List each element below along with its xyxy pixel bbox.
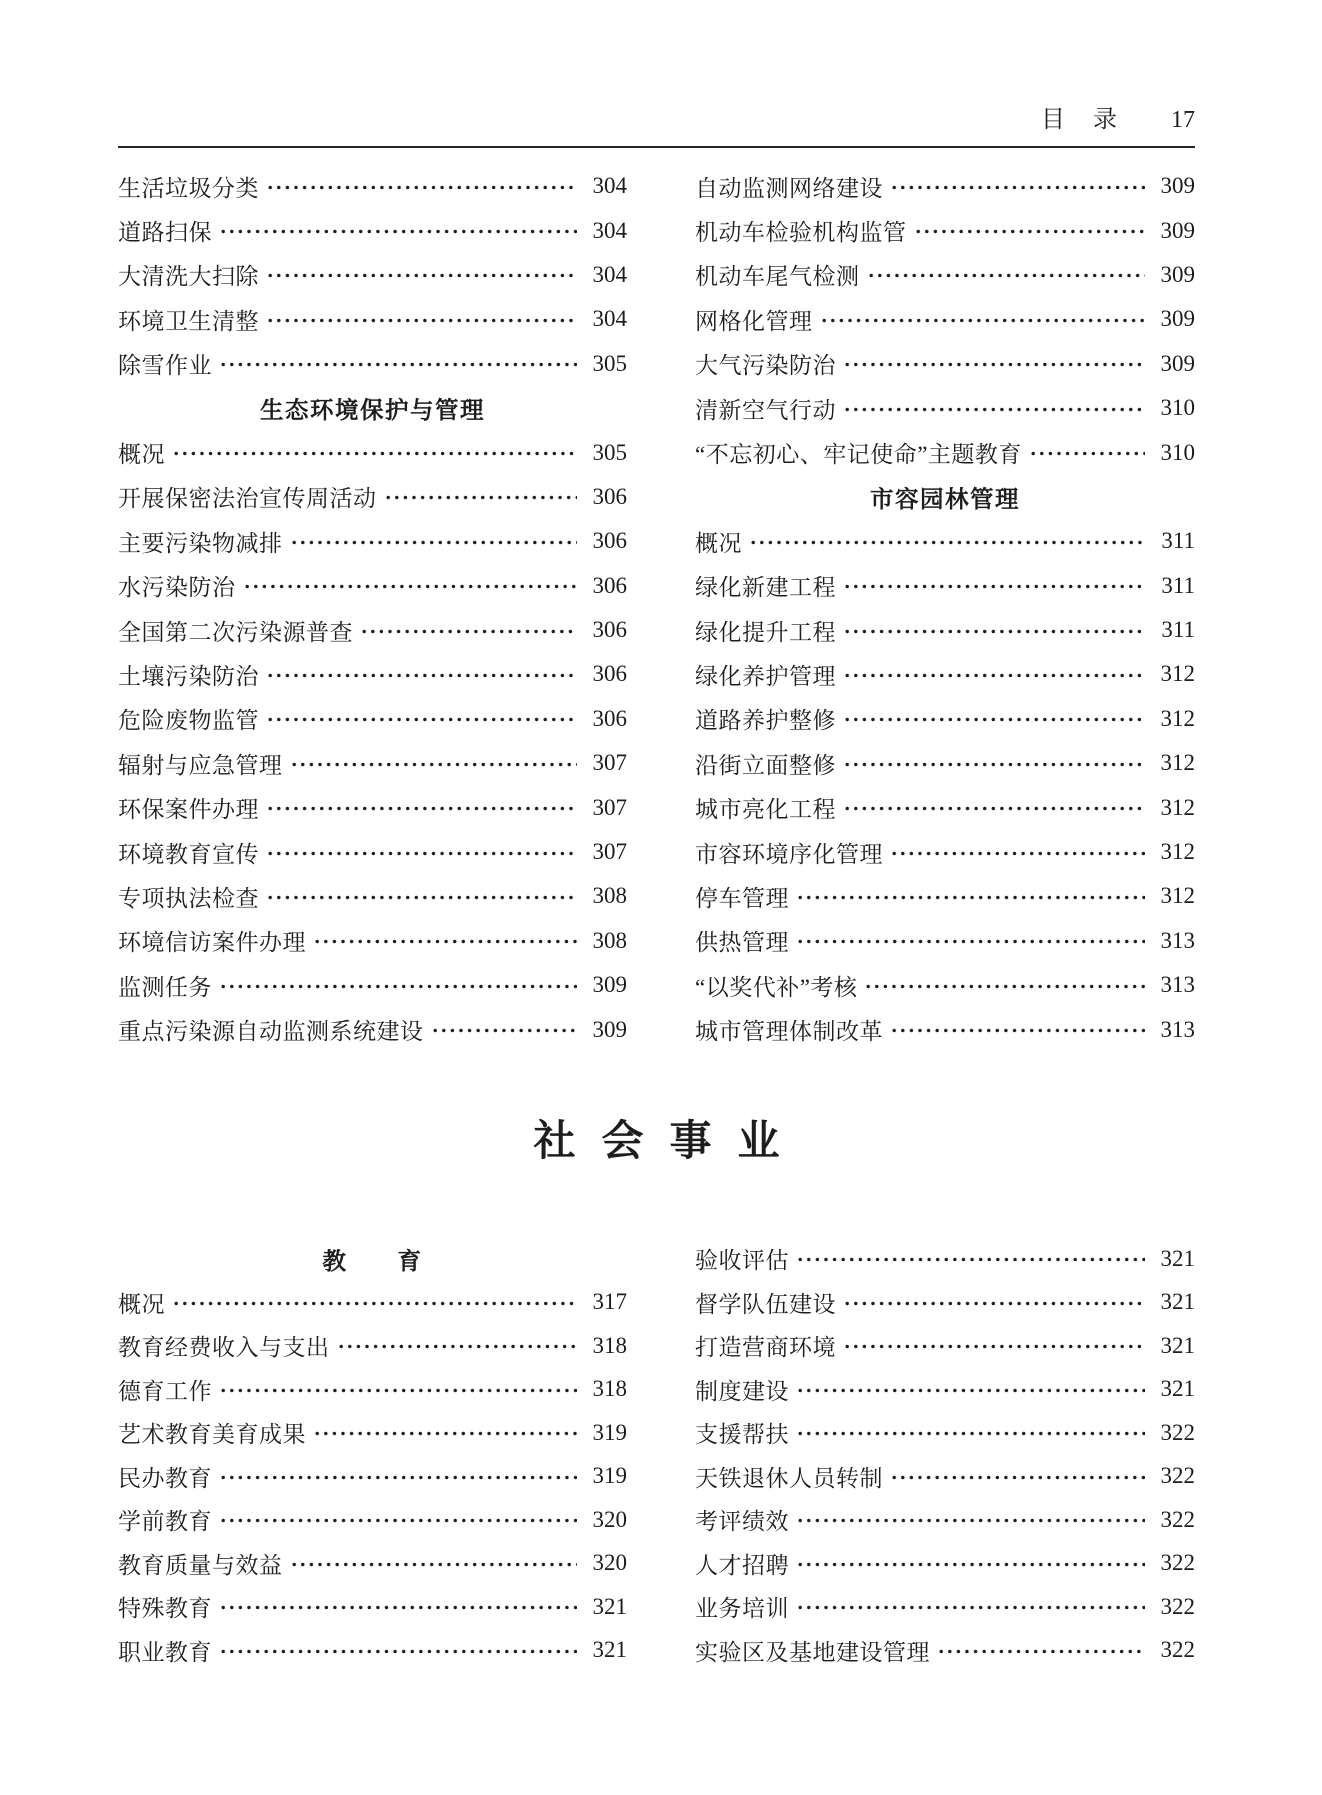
toc-entry: 停车管理312 — [695, 874, 1195, 918]
entry-page-number: 321 — [1155, 1376, 1195, 1402]
entry-page-number: 305 — [587, 351, 627, 377]
entry-title: 验收评估 — [695, 1242, 789, 1275]
entry-page-number: 310 — [1155, 395, 1195, 421]
toc-entry: 主要污染物减排306 — [118, 519, 627, 563]
dot-leader — [892, 851, 1145, 856]
dot-leader — [798, 1388, 1145, 1393]
entry-title: 德育工作 — [118, 1373, 212, 1406]
entry-title: 职业教育 — [118, 1634, 212, 1667]
entry-title: 开展保密法治宣传周活动 — [118, 480, 377, 513]
toc-entry: 大清洗大扫除304 — [118, 253, 627, 297]
dot-leader — [433, 1028, 578, 1033]
toc-entry: 道路养护整修312 — [695, 697, 1195, 741]
dot-leader — [221, 1388, 577, 1393]
toc-entry: 专项执法检查308 — [118, 874, 627, 918]
dot-leader — [268, 673, 577, 678]
dot-leader — [268, 806, 577, 811]
entry-title: 机动车尾气检测 — [695, 258, 860, 291]
toc-top-section: 生活垃圾分类304道路扫保304大清洗大扫除304环境卫生清整304除雪作业30… — [118, 164, 1195, 1052]
dot-leader — [845, 407, 1145, 412]
entry-title: 督学队伍建设 — [695, 1286, 836, 1319]
entry-page-number: 311 — [1155, 573, 1195, 599]
toc-entry: “以奖代补”考核313 — [695, 963, 1195, 1007]
entry-title: 危险废物监管 — [118, 702, 259, 735]
dot-leader — [798, 1605, 1145, 1610]
entry-title: 机动车检验机构监管 — [695, 214, 907, 247]
entry-page-number: 312 — [1155, 661, 1195, 687]
section-heading-label: 市容园林管理 — [870, 480, 1020, 514]
dot-leader — [866, 984, 1145, 989]
entry-page-number: 306 — [587, 573, 627, 599]
dot-leader — [268, 185, 577, 190]
entry-page-number: 307 — [587, 750, 627, 776]
entry-page-number: 304 — [587, 262, 627, 288]
dot-leader — [315, 1431, 577, 1436]
dot-leader — [221, 1475, 577, 1480]
entry-page-number: 309 — [587, 972, 627, 998]
toc-entry: 水污染防治306 — [118, 564, 627, 608]
dot-leader — [339, 1344, 578, 1349]
toc-entry: 绿化新建工程311 — [695, 564, 1195, 608]
entry-page-number: 308 — [587, 928, 627, 954]
section-heading: 生态环境保护与管理 — [118, 386, 627, 430]
entry-page-number: 308 — [587, 883, 627, 909]
page-header: 目 录 17 — [118, 0, 1195, 148]
dot-leader — [362, 629, 577, 634]
entry-page-number: 311 — [1155, 617, 1195, 643]
toc-entry: 危险废物监管306 — [118, 697, 627, 741]
entry-page-number: 322 — [1155, 1420, 1195, 1446]
dot-leader — [845, 762, 1145, 767]
toc-entry: 天铁退休人员转制322 — [695, 1454, 1195, 1498]
toc-entry: 督学队伍建设321 — [695, 1280, 1195, 1324]
entry-title: 清新空气行动 — [695, 392, 836, 425]
dot-leader — [845, 806, 1145, 811]
toc-entry: 验收评估321 — [695, 1237, 1195, 1281]
entry-title: 大清洗大扫除 — [118, 258, 259, 291]
page-number: 17 — [1171, 107, 1195, 134]
entry-title: 全国第二次污染源普查 — [118, 614, 353, 647]
entry-title: 教育质量与效益 — [118, 1547, 283, 1580]
entry-page-number: 309 — [1155, 262, 1195, 288]
toc-entry: 艺术教育美育成果319 — [118, 1411, 627, 1455]
toc-column-bottom-left: 教 育概况317教育经费收入与支出318德育工作318艺术教育美育成果319民办… — [118, 1237, 627, 1672]
section-heading-label: 教 育 — [323, 1242, 423, 1276]
toc-column-top-left: 生活垃圾分类304道路扫保304大清洗大扫除304环境卫生清整304除雪作业30… — [118, 164, 627, 1052]
toc-entry: 网格化管理309 — [695, 297, 1195, 341]
entry-page-number: 309 — [587, 1017, 627, 1043]
entry-page-number: 322 — [1155, 1463, 1195, 1489]
toc-entry: 自动监测网络建设309 — [695, 164, 1195, 208]
entry-title: 辐射与应急管理 — [118, 747, 283, 780]
toc-entry: 城市亮化工程312 — [695, 785, 1195, 829]
entry-title: 绿化养护管理 — [695, 658, 836, 691]
dot-leader — [845, 584, 1145, 589]
dot-leader — [221, 1605, 577, 1610]
toc-entry: 支援帮扶322 — [695, 1411, 1195, 1455]
entry-title: 学前教育 — [118, 1503, 212, 1536]
entry-title: 艺术教育美育成果 — [118, 1416, 306, 1449]
entry-title: 主要污染物减排 — [118, 525, 283, 558]
page-content: 目 录 17 生活垃圾分类304道路扫保304大清洗大扫除304环境卫生清整30… — [118, 0, 1195, 1672]
entry-title: 绿化提升工程 — [695, 614, 836, 647]
entry-title: 环境卫生清整 — [118, 303, 259, 336]
dot-leader — [798, 1431, 1145, 1436]
entry-title: 天铁退休人员转制 — [695, 1460, 883, 1493]
entry-page-number: 305 — [587, 440, 627, 466]
entry-page-number: 309 — [1155, 351, 1195, 377]
entry-page-number: 321 — [587, 1594, 627, 1620]
entry-page-number: 306 — [587, 484, 627, 510]
toc-entry: 开展保密法治宣传周活动306 — [118, 475, 627, 519]
dot-leader — [892, 185, 1145, 190]
entry-title: 大气污染防治 — [695, 347, 836, 380]
dot-leader — [1031, 451, 1145, 456]
dot-leader — [845, 1344, 1145, 1349]
toc-bottom-section: 教 育概况317教育经费收入与支出318德育工作318艺术教育美育成果319民办… — [118, 1237, 1195, 1672]
toc-entry: 环保案件办理307 — [118, 785, 627, 829]
entry-title: 环境教育宣传 — [118, 836, 259, 869]
dot-leader — [221, 984, 577, 989]
entry-page-number: 309 — [1155, 173, 1195, 199]
entry-title: 自动监测网络建设 — [695, 170, 883, 203]
part-title: 社会事业 — [118, 1112, 1195, 1172]
dot-leader — [268, 717, 577, 722]
dot-leader — [822, 318, 1146, 323]
dot-leader — [174, 1301, 577, 1306]
entry-page-number: 321 — [1155, 1289, 1195, 1315]
toc-entry: 概况317 — [118, 1280, 627, 1324]
toc-entry: 绿化养护管理312 — [695, 652, 1195, 696]
dot-leader — [845, 362, 1145, 367]
dot-leader — [268, 851, 577, 856]
toc-entry: 机动车检验机构监管309 — [695, 208, 1195, 252]
toc-entry: 制度建设321 — [695, 1367, 1195, 1411]
entry-title: 环保案件办理 — [118, 791, 259, 824]
entry-title: 人才招聘 — [695, 1547, 789, 1580]
entry-title: 支援帮扶 — [695, 1416, 789, 1449]
toc-entry: 德育工作318 — [118, 1367, 627, 1411]
dot-leader — [315, 939, 577, 944]
entry-page-number: 307 — [587, 795, 627, 821]
toc-entry: 大气污染防治309 — [695, 342, 1195, 386]
entry-page-number: 317 — [587, 1289, 627, 1315]
entry-title: “以奖代补”考核 — [695, 969, 857, 1002]
entry-page-number: 313 — [1155, 1017, 1195, 1043]
toc-entry: 业务培训322 — [695, 1585, 1195, 1629]
entry-page-number: 321 — [1155, 1333, 1195, 1359]
entry-title: 教育经费收入与支出 — [118, 1329, 330, 1362]
toc-entry: 除雪作业305 — [118, 342, 627, 386]
toc-entry: 民办教育319 — [118, 1454, 627, 1498]
entry-title: 市容环境序化管理 — [695, 836, 883, 869]
entry-page-number: 312 — [1155, 706, 1195, 732]
toc-entry: 辐射与应急管理307 — [118, 741, 627, 785]
toc-entry: 学前教育320 — [118, 1498, 627, 1542]
entry-page-number: 312 — [1155, 883, 1195, 909]
entry-title: 生活垃圾分类 — [118, 170, 259, 203]
entry-page-number: 322 — [1155, 1507, 1195, 1533]
entry-page-number: 304 — [587, 173, 627, 199]
toc-entry: 供热管理313 — [695, 919, 1195, 963]
section-heading: 教 育 — [118, 1237, 627, 1281]
entry-title: 制度建设 — [695, 1373, 789, 1406]
entry-page-number: 309 — [1155, 306, 1195, 332]
entry-title: 环境信访案件办理 — [118, 924, 306, 957]
entry-page-number: 310 — [1155, 440, 1195, 466]
entry-page-number: 307 — [587, 839, 627, 865]
toc-entry: 道路扫保304 — [118, 208, 627, 252]
dot-leader — [939, 1649, 1145, 1654]
dot-leader — [221, 229, 577, 234]
toc-entry: “不忘初心、牢记使命”主题教育310 — [695, 430, 1195, 474]
toc-entry: 考评绩效322 — [695, 1498, 1195, 1542]
entry-page-number: 312 — [1155, 795, 1195, 821]
entry-title: 沿街立面整修 — [695, 747, 836, 780]
dot-leader — [292, 540, 578, 545]
toc-entry: 绿化提升工程311 — [695, 608, 1195, 652]
toc-entry: 职业教育321 — [118, 1628, 627, 1672]
toc-entry: 概况305 — [118, 430, 627, 474]
toc-entry: 土壤污染防治306 — [118, 652, 627, 696]
entry-title: 城市管理体制改革 — [695, 1013, 883, 1046]
dot-leader — [798, 1257, 1145, 1262]
entry-title: 土壤污染防治 — [118, 658, 259, 691]
entry-title: 绿化新建工程 — [695, 569, 836, 602]
toc-entry: 打造营商环境321 — [695, 1324, 1195, 1368]
entry-page-number: 306 — [587, 706, 627, 732]
toc-entry: 实验区及基地建设管理322 — [695, 1628, 1195, 1672]
section-heading: 市容园林管理 — [695, 475, 1195, 519]
toc-entry: 市容环境序化管理312 — [695, 830, 1195, 874]
toc-entry: 环境教育宣传307 — [118, 830, 627, 874]
dot-leader — [268, 318, 577, 323]
toc-entry: 沿街立面整修312 — [695, 741, 1195, 785]
toc-column-bottom-right: 验收评估321督学队伍建设321打造营商环境321制度建设321支援帮扶322天… — [695, 1237, 1195, 1672]
entry-page-number: 322 — [1155, 1594, 1195, 1620]
entry-title: 专项执法检查 — [118, 880, 259, 913]
dot-leader — [268, 273, 577, 278]
toc-page: 目 录 17 生活垃圾分类304道路扫保304大清洗大扫除304环境卫生清整30… — [0, 0, 1322, 1795]
entry-title: 网格化管理 — [695, 303, 813, 336]
entry-title: 特殊教育 — [118, 1590, 212, 1623]
entry-page-number: 319 — [587, 1463, 627, 1489]
entry-title: 道路养护整修 — [695, 702, 836, 735]
dot-leader — [798, 939, 1145, 944]
entry-page-number: 319 — [587, 1420, 627, 1446]
toc-entry: 概况311 — [695, 519, 1195, 563]
entry-title: 监测任务 — [118, 969, 212, 1002]
toc-entry: 环境卫生清整304 — [118, 297, 627, 341]
toc-entry: 教育质量与效益320 — [118, 1541, 627, 1585]
dot-leader — [221, 362, 577, 367]
entry-page-number: 313 — [1155, 972, 1195, 998]
dot-leader — [892, 1475, 1145, 1480]
dot-leader — [221, 1649, 577, 1654]
section-heading-label: 生态环境保护与管理 — [260, 391, 485, 425]
page-header-title: 目 录 — [1041, 99, 1119, 134]
dot-leader — [292, 762, 578, 767]
entry-title: 停车管理 — [695, 880, 789, 913]
entry-page-number: 322 — [1155, 1550, 1195, 1576]
entry-page-number: 311 — [1155, 528, 1195, 554]
dot-leader — [174, 451, 577, 456]
dot-leader — [892, 1028, 1145, 1033]
toc-entry: 特殊教育321 — [118, 1585, 627, 1629]
dot-leader — [751, 540, 1145, 545]
entry-page-number: 322 — [1155, 1637, 1195, 1663]
dot-leader — [221, 1518, 577, 1523]
toc-entry: 监测任务309 — [118, 963, 627, 1007]
toc-entry: 教育经费收入与支出318 — [118, 1324, 627, 1368]
toc-entry: 机动车尾气检测309 — [695, 253, 1195, 297]
toc-entry: 人才招聘322 — [695, 1541, 1195, 1585]
entry-page-number: 309 — [1155, 218, 1195, 244]
entry-title: 水污染防治 — [118, 569, 236, 602]
toc-entry: 全国第二次污染源普查306 — [118, 608, 627, 652]
entry-page-number: 321 — [1155, 1246, 1195, 1272]
dot-leader — [245, 584, 578, 589]
entry-page-number: 306 — [587, 528, 627, 554]
entry-page-number: 312 — [1155, 750, 1195, 776]
toc-entry: 重点污染源自动监测系统建设309 — [118, 1007, 627, 1051]
entry-page-number: 318 — [587, 1333, 627, 1359]
entry-title: 城市亮化工程 — [695, 791, 836, 824]
dot-leader — [845, 673, 1145, 678]
entry-title: 道路扫保 — [118, 214, 212, 247]
entry-title: 业务培训 — [695, 1590, 789, 1623]
entry-page-number: 304 — [587, 218, 627, 244]
entry-page-number: 313 — [1155, 928, 1195, 954]
dot-leader — [916, 229, 1146, 234]
toc-entry: 生活垃圾分类304 — [118, 164, 627, 208]
dot-leader — [386, 495, 578, 500]
dot-leader — [292, 1562, 578, 1567]
entry-page-number: 320 — [587, 1550, 627, 1576]
entry-title: 打造营商环境 — [695, 1329, 836, 1362]
dot-leader — [798, 1562, 1145, 1567]
entry-title: 概况 — [695, 525, 742, 558]
entry-title: 民办教育 — [118, 1460, 212, 1493]
toc-entry: 环境信访案件办理308 — [118, 919, 627, 963]
toc-entry: 城市管理体制改革313 — [695, 1007, 1195, 1051]
entry-page-number: 321 — [587, 1637, 627, 1663]
dot-leader — [845, 717, 1145, 722]
entry-title: 重点污染源自动监测系统建设 — [118, 1013, 424, 1046]
entry-title: 除雪作业 — [118, 347, 212, 380]
dot-leader — [845, 629, 1145, 634]
toc-column-top-right: 自动监测网络建设309机动车检验机构监管309机动车尾气检测309网格化管理30… — [695, 164, 1195, 1052]
dot-leader — [845, 1301, 1145, 1306]
entry-title: 考评绩效 — [695, 1503, 789, 1536]
entry-page-number: 320 — [587, 1507, 627, 1533]
entry-page-number: 312 — [1155, 839, 1195, 865]
entry-title: 供热管理 — [695, 924, 789, 957]
toc-entry: 清新空气行动310 — [695, 386, 1195, 430]
entry-title: 概况 — [118, 436, 165, 469]
entry-page-number: 306 — [587, 661, 627, 687]
entry-page-number: 306 — [587, 617, 627, 643]
entry-title: 概况 — [118, 1286, 165, 1319]
entry-page-number: 318 — [587, 1376, 627, 1402]
dot-leader — [798, 895, 1145, 900]
entry-title: “不忘初心、牢记使命”主题教育 — [695, 436, 1022, 469]
dot-leader — [798, 1518, 1145, 1523]
dot-leader — [869, 273, 1146, 278]
entry-title: 实验区及基地建设管理 — [695, 1634, 930, 1667]
dot-leader — [268, 895, 577, 900]
entry-page-number: 304 — [587, 306, 627, 332]
